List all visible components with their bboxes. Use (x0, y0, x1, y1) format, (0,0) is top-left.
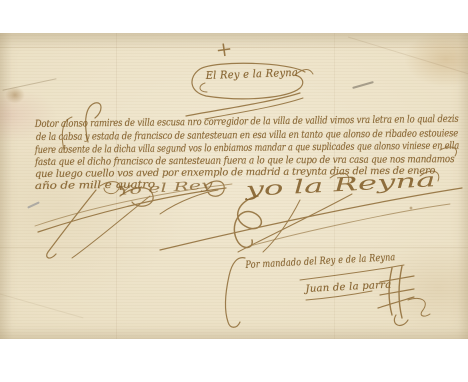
crease-horizontal (0, 247, 468, 248)
royal-intitulation: El Rey e la Reyna (206, 67, 293, 84)
crease-top-left (2, 78, 56, 90)
subscription-line-1: Por mandado del Rey e de la Reyna (245, 254, 366, 274)
crease-bottom-left-diagonal (0, 293, 83, 319)
crease-top-right-diagonal (348, 37, 468, 79)
manuscript-line-6: año de mill e quatro (35, 179, 182, 195)
invocation-cross: + (211, 36, 238, 61)
subscription-line-1-text: Por mandado del Rey e de la Reyna (245, 252, 395, 271)
pencil-dash-mark (352, 81, 374, 89)
photo-frame: + El Rey e la Reyna Dotor alonso ramires… (0, 0, 468, 382)
parchment-sheet: + El Rey e la Reyna Dotor alonso ramires… (0, 33, 468, 339)
royal-intitulation-text: El Rey e la Reyna (206, 67, 299, 82)
manuscript-line-5-text: que luego cuello vos aved por enxemplo d… (35, 166, 435, 180)
subscription-line-2-text: Juan de la parra (305, 280, 391, 295)
manuscript-line-1-text: Dotor alonso ramires de villa escusa nro… (35, 114, 459, 130)
caret-mark (27, 201, 40, 208)
subscription-line-2: Juan de la parra (305, 279, 393, 298)
manuscript-line-6-text: año de mill e quatro (35, 179, 155, 192)
